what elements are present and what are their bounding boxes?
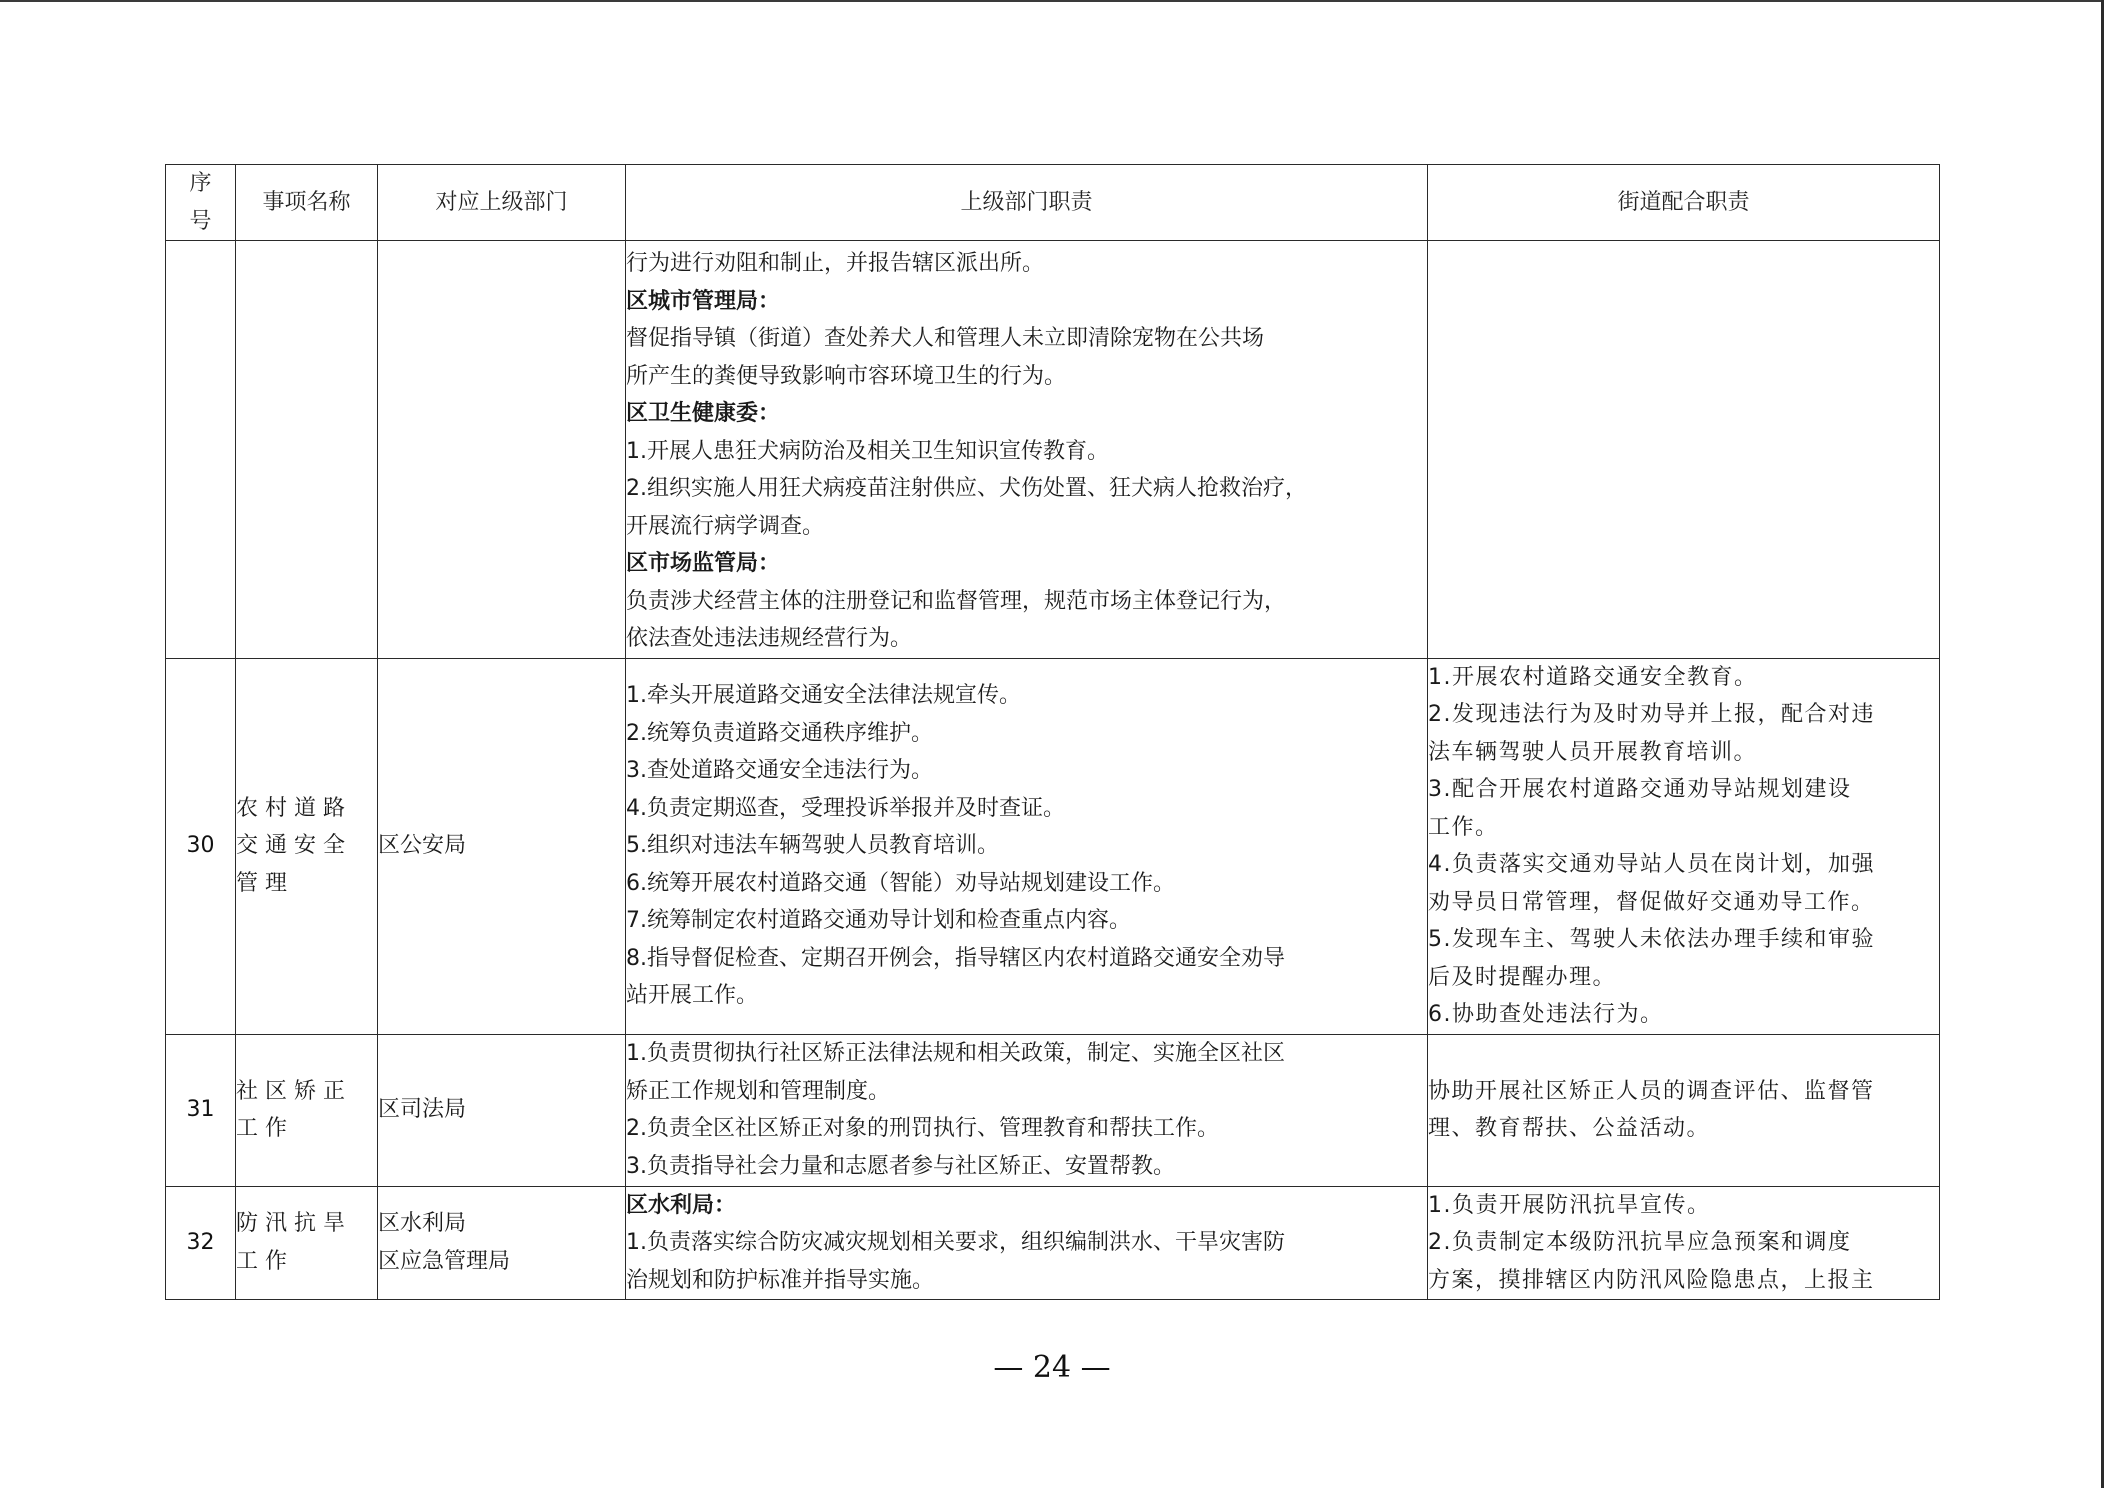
row-duty: 区水利局： 1.负责落实综合防灾减灾规划相关要求，组织编制洪水、干旱灾害防 治规… [626,1186,1428,1300]
row-dept: 区公安局 [378,658,626,1034]
item-name-line: 管理 [236,865,377,903]
row-item-name: 社区矫正 工作 [236,1034,378,1186]
page-number: — 24 — [0,1350,2104,1385]
coop-line: 理、教育帮扶、公益活动。 [1428,1110,1939,1148]
duty-line: 1.开展人患狂犬病防治及相关卫生知识宣传教育。 [626,433,1427,471]
duty-dept-heading: 区卫生健康委： [626,395,1427,433]
table-header-row: 序 号 事项名称 对应上级部门 上级部门职责 街道配合职责 [166,165,1940,241]
table-row: 30 农村道路 交通安全 管理 区公安局 1.牵头开展道路交通安全法律法规宣传。… [166,658,1940,1034]
duty-line: 2.统筹负责道路交通秩序维护。 [626,715,1427,753]
row-duty: 1.负责贯彻执行社区矫正法律法规和相关政策，制定、实施全区社区 矫正工作规划和管… [626,1034,1428,1186]
duty-line: 7.统筹制定农村道路交通劝导计划和检查重点内容。 [626,902,1427,940]
duty-line: 5.组织对违法车辆驾驶人员教育培训。 [626,827,1427,865]
dept-line: 区水利局 [378,1205,625,1243]
row-coop: 1.负责开展防汛抗旱宣传。 2.负责制定本级防汛抗旱应急预案和调度 方案，摸排辖… [1428,1186,1940,1300]
coop-line: 4.负责落实交通劝导站人员在岗计划，加强 [1428,846,1939,884]
duty-line: 依法查处违法违规经营行为。 [626,620,1427,658]
row-item-name: 农村道路 交通安全 管理 [236,658,378,1034]
row-item-name [236,241,378,659]
duty-line: 负责涉犬经营主体的注册登记和监督管理，规范市场主体登记行为， [626,583,1427,621]
table-row: 32 防汛抗旱 工作 区水利局 区应急管理局 区水利局： 1.负责落实综合防灾减… [166,1186,1940,1300]
duty-line: 1.负责落实综合防灾减灾规划相关要求，组织编制洪水、干旱灾害防 [626,1224,1427,1262]
row-dept: 区水利局 区应急管理局 [378,1186,626,1300]
duty-line: 4.负责定期巡查，受理投诉举报并及时查证。 [626,790,1427,828]
coop-line: 劝导员日常管理，督促做好交通劝导工作。 [1428,884,1939,922]
row-seq: 31 [166,1034,236,1186]
item-name-line: 工作 [236,1110,377,1148]
table-row: 31 社区矫正 工作 区司法局 1.负责贯彻执行社区矫正法律法规和相关政策，制定… [166,1034,1940,1186]
duty-line: 所产生的粪便导致影响市容环境卫生的行为。 [626,358,1427,396]
duty-line: 1.负责贯彻执行社区矫正法律法规和相关政策，制定、实施全区社区 [626,1035,1427,1073]
row-dept [378,241,626,659]
duty-line: 站开展工作。 [626,977,1427,1015]
duty-line: 行为进行劝阻和制止，并报告辖区派出所。 [626,245,1427,283]
duty-line: 开展流行病学调查。 [626,508,1427,546]
coop-line: 5.发现车主、驾驶人未依法办理手续和审验 [1428,921,1939,959]
header-seq-line2: 号 [166,203,235,241]
row-seq: 30 [166,658,236,1034]
duty-line: 1.牵头开展道路交通安全法律法规宣传。 [626,677,1427,715]
item-name-line: 农村道路 [236,790,377,828]
duty-line: 2.负责全区社区矫正对象的刑罚执行、管理教育和帮扶工作。 [626,1110,1427,1148]
coop-line: 2.发现违法行为及时劝导并上报，配合对违 [1428,696,1939,734]
row-coop [1428,241,1940,659]
page-top-edge [0,0,2104,2]
row-dept: 区司法局 [378,1034,626,1186]
coop-line: 后及时提醒办理。 [1428,959,1939,997]
item-name-line: 防汛抗旱 [236,1205,377,1243]
row-item-name: 防汛抗旱 工作 [236,1186,378,1300]
duty-line: 3.负责指导社会力量和志愿者参与社区矫正、安置帮教。 [626,1148,1427,1186]
header-superior-dept: 对应上级部门 [378,165,626,241]
item-name-line: 工作 [236,1243,377,1281]
header-seq: 序 号 [166,165,236,241]
table-row: 行为进行劝阻和制止，并报告辖区派出所。 区城市管理局： 督促指导镇（街道）查处养… [166,241,1940,659]
item-name-line: 交通安全 [236,827,377,865]
row-coop: 1.开展农村道路交通安全教育。 2.发现违法行为及时劝导并上报，配合对违 法车辆… [1428,658,1940,1034]
header-item-name: 事项名称 [236,165,378,241]
coop-line: 2.负责制定本级防汛抗旱应急预案和调度 [1428,1224,1939,1262]
coop-line: 方案，摸排辖区内防汛风险隐患点，上报主 [1428,1262,1939,1300]
duty-dept-heading: 区市场监管局： [626,545,1427,583]
coop-line: 协助开展社区矫正人员的调查评估、监督管 [1428,1073,1939,1111]
dept-line: 区公安局 [378,827,625,865]
duty-line: 治规划和防护标准并指导实施。 [626,1262,1427,1300]
duty-dept-heading: 区城市管理局： [626,283,1427,321]
header-seq-line1: 序 [166,165,235,203]
coop-line: 6.协助查处违法行为。 [1428,996,1939,1034]
coop-line: 法车辆驾驶人员开展教育培训。 [1428,734,1939,772]
item-name-line: 社区矫正 [236,1073,377,1111]
row-duty: 1.牵头开展道路交通安全法律法规宣传。 2.统筹负责道路交通秩序维护。 3.查处… [626,658,1428,1034]
row-seq [166,241,236,659]
header-street-coop: 街道配合职责 [1428,165,1940,241]
coop-line: 工作。 [1428,809,1939,847]
duty-line: 8.指导督促检查、定期召开例会，指导辖区内农村道路交通安全劝导 [626,940,1427,978]
row-seq: 32 [166,1186,236,1300]
duty-line: 督促指导镇（街道）查处养犬人和管理人未立即清除宠物在公共场 [626,320,1427,358]
row-coop: 协助开展社区矫正人员的调查评估、监督管 理、教育帮扶、公益活动。 [1428,1034,1940,1186]
dept-line: 区应急管理局 [378,1243,625,1281]
responsibility-table: 序 号 事项名称 对应上级部门 上级部门职责 街道配合职责 行为进行劝阻和制止，… [165,164,1940,1300]
dept-line: 区司法局 [378,1091,625,1129]
duty-line: 6.统筹开展农村道路交通（智能）劝导站规划建设工作。 [626,865,1427,903]
coop-line: 1.负责开展防汛抗旱宣传。 [1428,1187,1939,1225]
header-superior-duty: 上级部门职责 [626,165,1428,241]
duty-line: 3.查处道路交通安全违法行为。 [626,752,1427,790]
duty-line: 2.组织实施人用狂犬病疫苗注射供应、犬伤处置、狂犬病人抢救治疗， [626,470,1427,508]
duty-dept-heading: 区水利局： [626,1187,1427,1225]
coop-line: 3.配合开展农村道路交通劝导站规划建设 [1428,771,1939,809]
coop-line: 1.开展农村道路交通安全教育。 [1428,659,1939,697]
duty-line: 矫正工作规划和管理制度。 [626,1073,1427,1111]
row-duty: 行为进行劝阻和制止，并报告辖区派出所。 区城市管理局： 督促指导镇（街道）查处养… [626,241,1428,659]
